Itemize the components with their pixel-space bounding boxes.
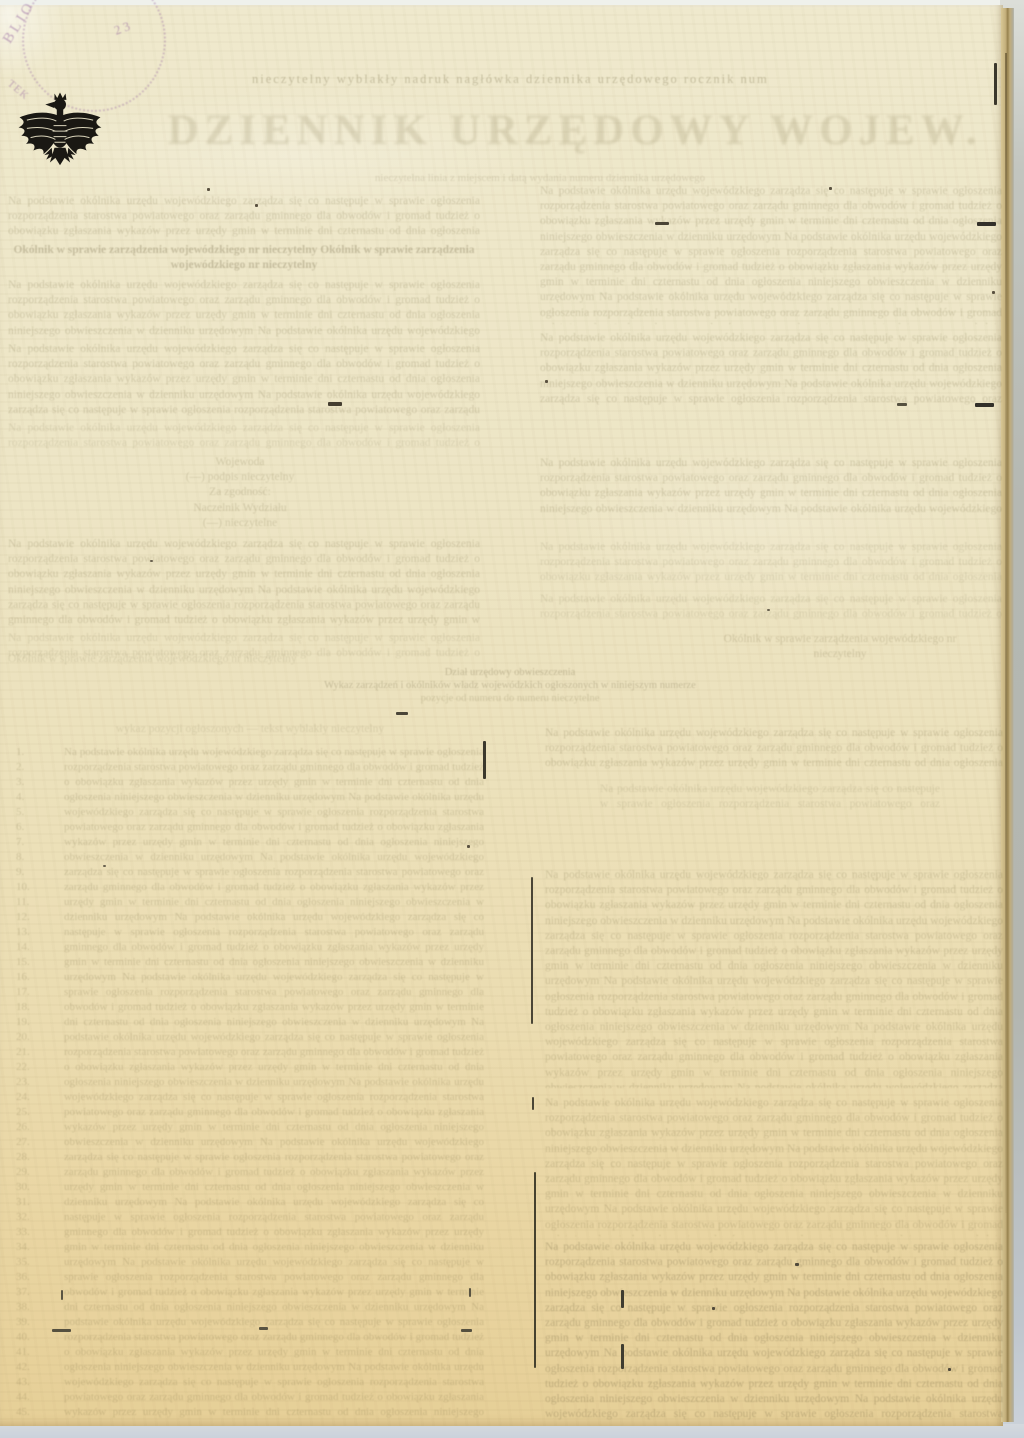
faded-signature-block: Wojewoda (—) podpis nieczytelny Za zgodn… [90, 455, 390, 533]
ink-mark [712, 1307, 715, 1310]
ink-mark [948, 1368, 951, 1371]
faded-paragraph: Na podstawie okólnika urzędu wojewódzkie… [600, 782, 940, 812]
faded-paragraph: Na podstawie okólnika urzędu wojewódzkie… [540, 592, 1002, 622]
faded-paragraph: Na podstawie okólnika urzędu wojewódzkie… [540, 331, 1002, 407]
ink-mark [545, 380, 548, 383]
faded-section-heading: Dział urzędowy obwieszczenia [340, 666, 680, 679]
ink-mark [994, 63, 997, 105]
ink-mark [655, 222, 669, 225]
ink-mark [531, 877, 533, 1024]
faded-section-heading: pozycje od numeru do numeru nieczytelne [300, 692, 720, 705]
ink-mark [975, 403, 994, 407]
faded-paragraph: Na podstawie okólnika urzędu wojewódzkie… [8, 342, 480, 418]
faded-signature-line: Okólnik w sprawie zarządzenia wojewódzki… [700, 632, 980, 660]
ink-mark [767, 609, 770, 611]
polish-eagle-emblem-icon [14, 87, 106, 179]
ink-mark [992, 291, 995, 294]
ink-mark [103, 865, 106, 867]
faded-paragraph: Na podstawie okólnika urzędu wojewódzkie… [8, 278, 480, 338]
faded-paragraph: Na podstawie okólnika urzędu wojewódzkie… [545, 726, 1003, 772]
ink-mark [150, 560, 153, 562]
faded-table-caption: wykaz pozycji ogłoszonych — tekst wyblak… [16, 722, 484, 740]
faded-paragraph: Na podstawie okólnika urzędu wojewódzkie… [540, 184, 1002, 324]
faded-paragraph: Na podstawie okólnika urzędu wojewódzkie… [540, 540, 1002, 585]
faded-date-row: nieczytelna linia z miejscem i datą wyda… [330, 171, 750, 185]
faded-paragraph: Na podstawie okólnika urzędu wojewódzkie… [540, 456, 1002, 516]
ink-mark [61, 1290, 63, 1300]
faded-paragraph: Na podstawie okólnika urzędu wojewódzkie… [8, 421, 480, 451]
faded-ordinal-column: 1. 2. 3. 4. 5. 6. 7. 8. 9. 10. 11. 12. 1… [16, 745, 58, 1423]
ink-mark [259, 1327, 268, 1330]
faded-table-text: Na podstawie okólnika urzędu wojewódzkie… [64, 745, 484, 1423]
ink-mark [396, 712, 408, 715]
ink-mark [52, 1329, 71, 1332]
ink-mark [532, 1097, 534, 1110]
ink-mark [467, 845, 470, 848]
faded-paragraph: Na podstawie okólnika urzędu wojewódzkie… [545, 868, 1003, 1088]
ink-mark [621, 1290, 624, 1308]
scanned-gazette-page: BLIO 23 TEK [0, 0, 1024, 1438]
ink-mark [534, 1172, 536, 1368]
faded-line: Okólnik w sprawie zarządzenia wojewódzki… [8, 652, 338, 667]
ink-mark [897, 403, 907, 406]
ink-mark [328, 402, 342, 406]
ink-mark [795, 1263, 799, 1266]
ink-mark [461, 1329, 472, 1332]
faded-section-heading: Wykaz zarządzeń i okólników władz wojewó… [265, 679, 755, 692]
faded-paragraph: Na podstawie okólnika urzędu wojewódzkie… [545, 1240, 1003, 1422]
faded-heading: Okólnik w sprawie zarządzenia wojewódzki… [8, 243, 480, 274]
ink-mark [207, 188, 210, 191]
faded-paragraph: Na podstawie okólnika urzędu wojewódzkie… [8, 537, 480, 627]
ink-mark [829, 187, 832, 190]
scanner-edge-bottom [0, 1424, 1024, 1438]
faded-masthead-title: DZIENNIK URZĘDOWY WOJEW. [140, 103, 1010, 163]
ink-mark [621, 1344, 624, 1369]
ink-mark [469, 1288, 471, 1297]
faded-paragraph: Na podstawie okólnika urzędu wojewódzkie… [545, 1096, 1003, 1236]
faded-header-row: nieczytelny wyblakły nadruk nagłówka dzi… [252, 72, 767, 89]
ink-mark [483, 741, 486, 779]
faded-paragraph: Na podstawie okólnika urzędu wojewódzkie… [8, 194, 480, 240]
ink-mark [255, 204, 258, 207]
ink-mark [977, 222, 996, 226]
